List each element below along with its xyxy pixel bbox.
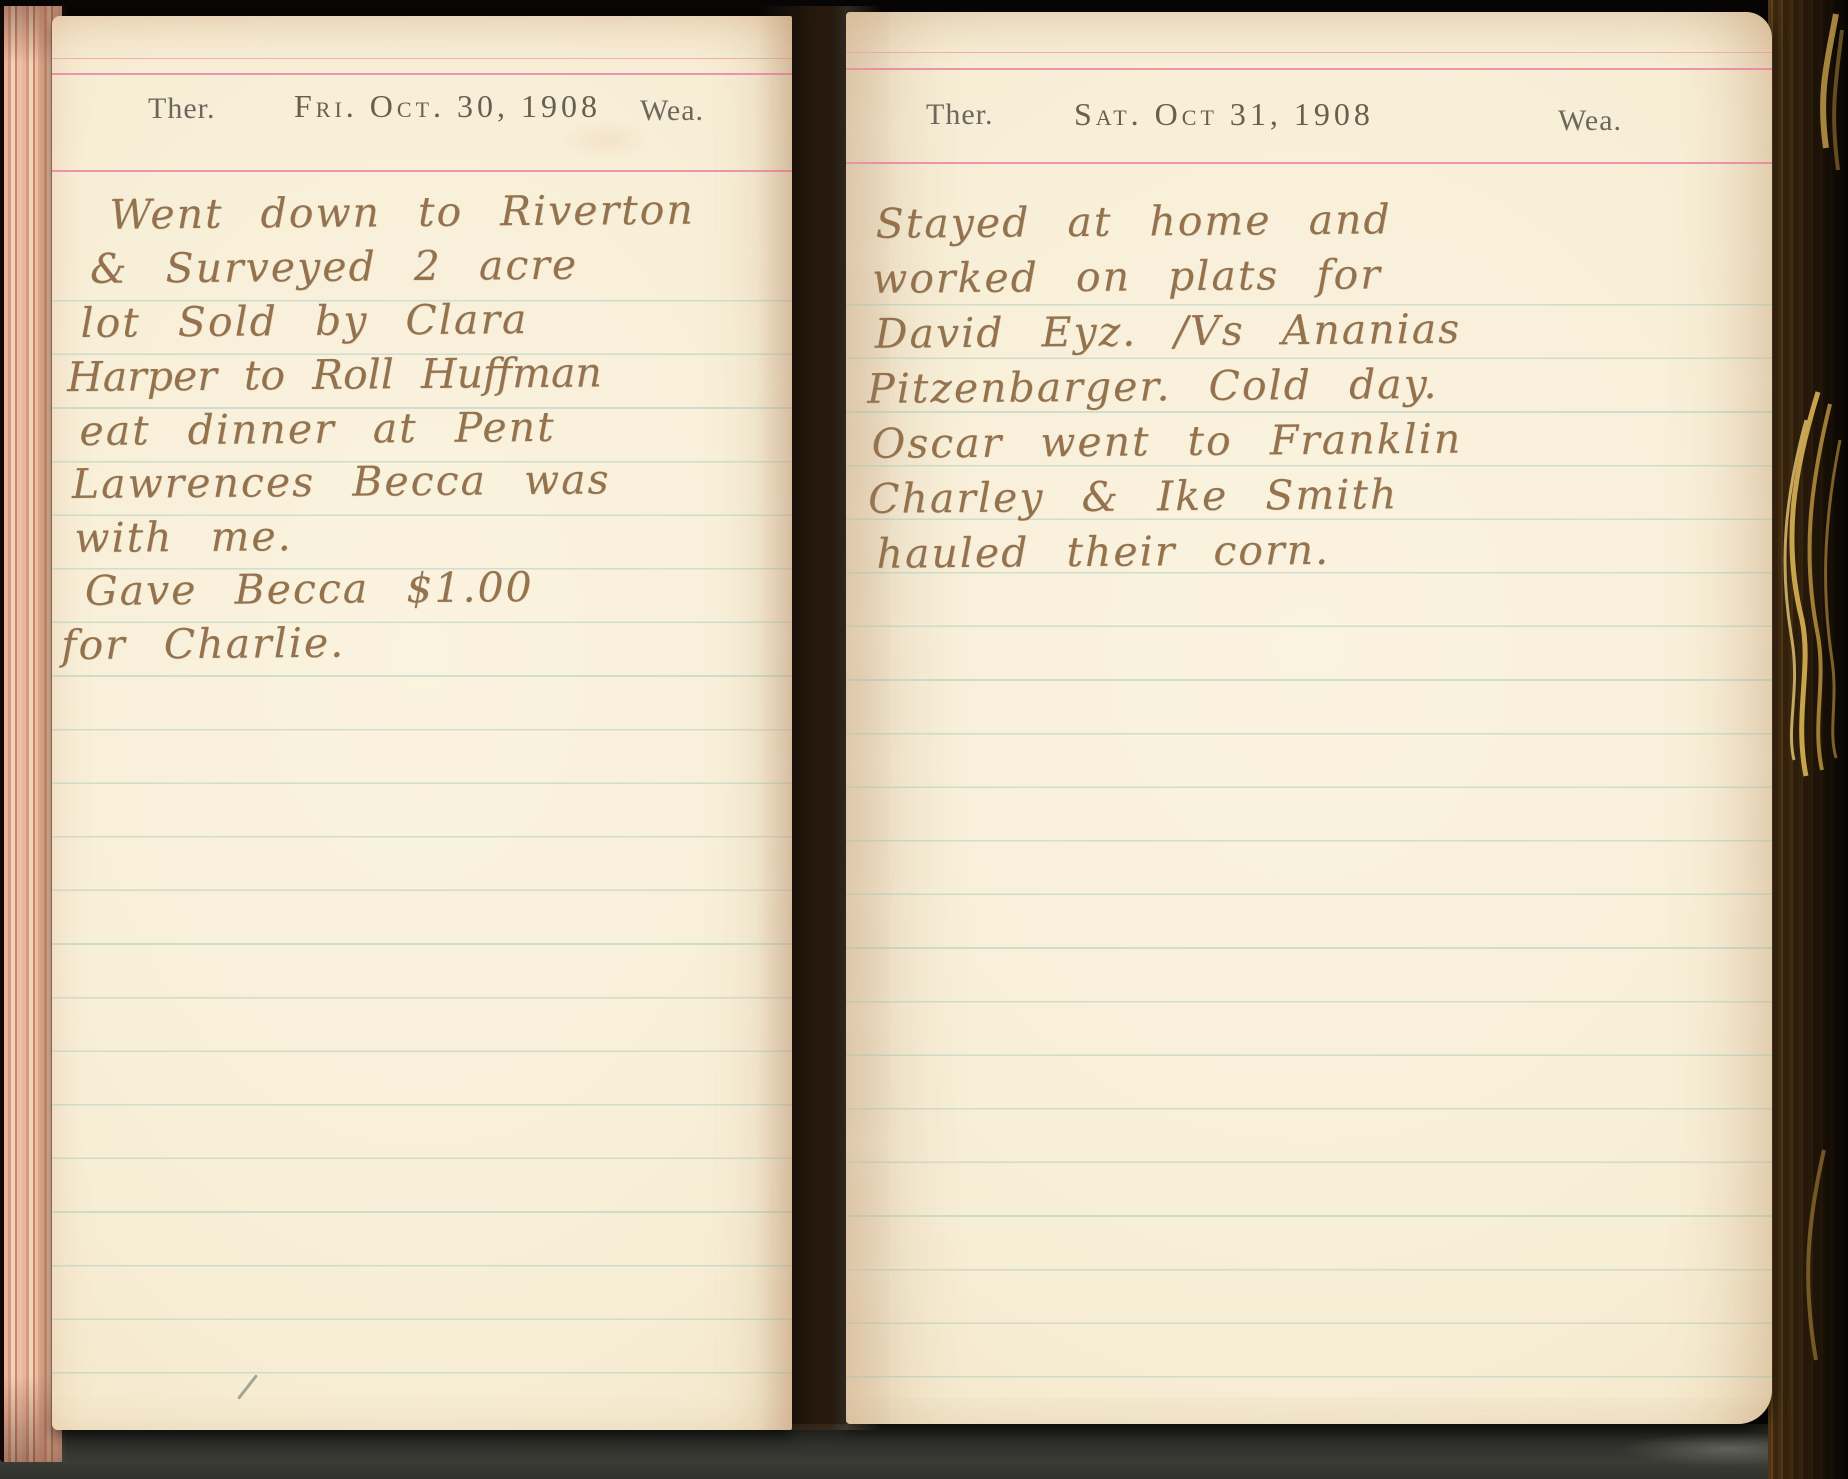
- handwriting-line: eat dinner at Pent: [79, 403, 556, 455]
- handwriting-line: Went down to Riverton: [109, 186, 695, 239]
- left-page: Ther. Fri. Oct. 30, 1908 Wea. Went down …: [52, 16, 792, 1430]
- table-surface: [0, 1424, 1848, 1479]
- handwriting-line: worked on plats for: [872, 250, 1382, 302]
- handwriting-line: & Surveyed 2 acre: [90, 241, 579, 293]
- right-page-entry: Stayed at home and worked on plats for D…: [840, 8, 1778, 1428]
- diary-scan-photo: Ther. Fri. Oct. 30, 1908 Wea. Went down …: [0, 0, 1848, 1479]
- handwriting-line: Lawrences Becca was: [72, 455, 611, 508]
- handwriting-line: lot Sold by Clara: [80, 295, 528, 347]
- handwriting-line: Pitzenbarger. Cold day.: [867, 360, 1439, 413]
- handwriting-line: David Eyz. /Vs Ananias: [874, 305, 1461, 358]
- handwriting-line: Oscar went to Franklin: [871, 415, 1462, 468]
- handwriting-line: for Charlie.: [61, 619, 345, 669]
- handwriting-line: Stayed at home and: [875, 195, 1391, 248]
- handwriting-line: hauled their corn.: [876, 526, 1330, 578]
- left-page-entry: Went down to Riverton & Surveyed 2 acre …: [46, 13, 798, 1433]
- handwriting-line: Charley & Ike Smith: [868, 470, 1399, 523]
- handwriting-line: with me.: [74, 512, 293, 562]
- right-page: Ther. Sat. Oct 31, 1908 Wea. Stayed at h…: [846, 12, 1772, 1424]
- handwriting-line: Harper to Roll Huffman: [67, 348, 602, 401]
- handwriting-line: Gave Becca $1.00: [85, 563, 534, 615]
